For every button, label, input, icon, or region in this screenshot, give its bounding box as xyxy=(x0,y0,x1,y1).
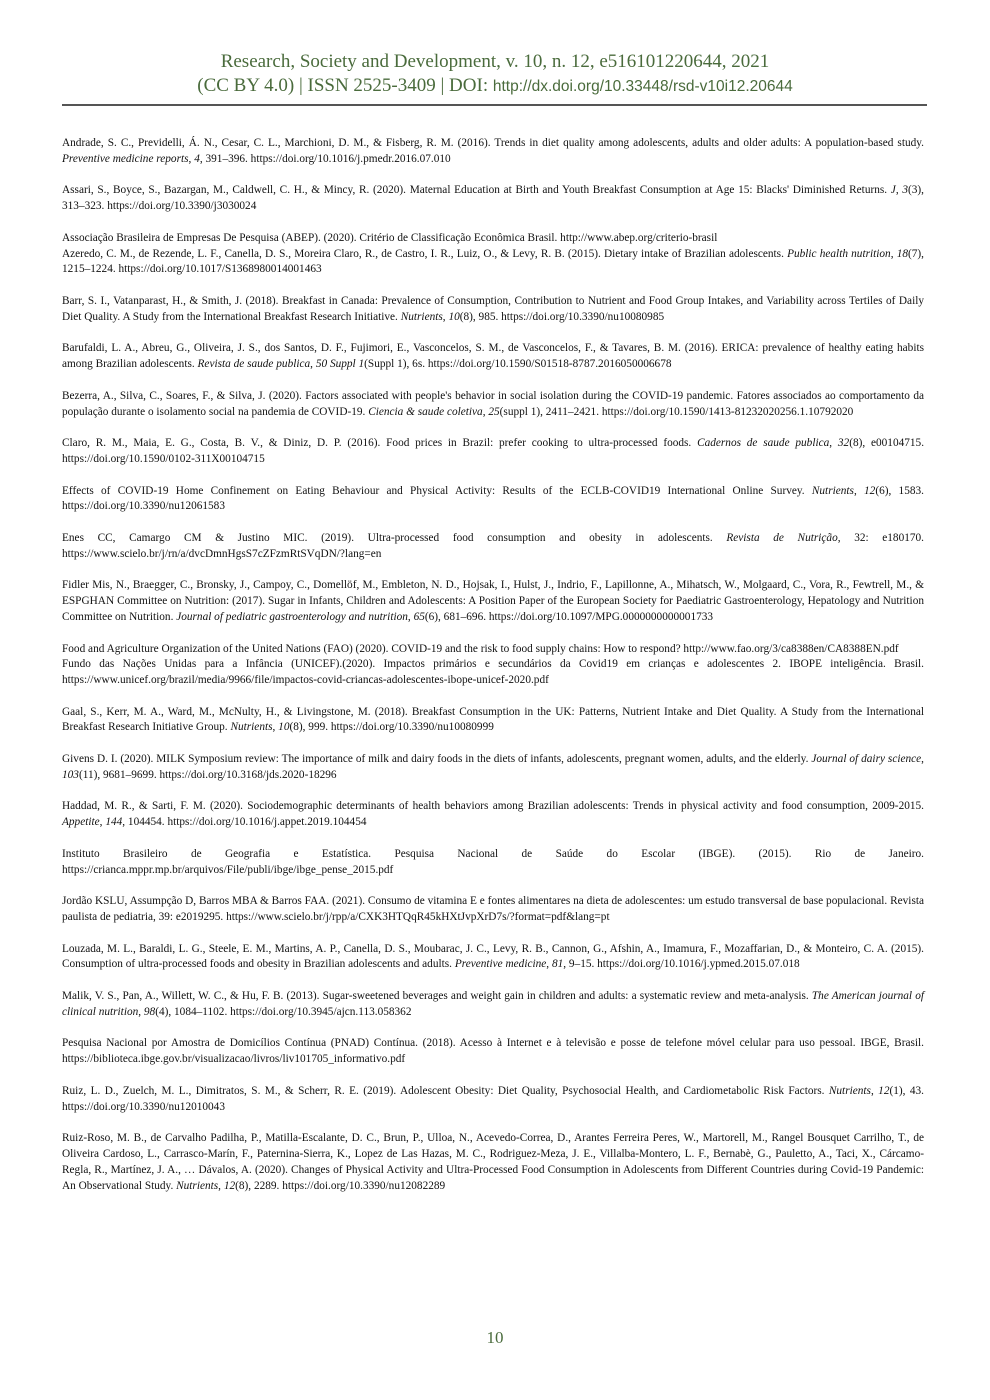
reference-item: Fundo das Nações Unidas para a Infância … xyxy=(62,657,924,689)
reference-item: Barr, S. I., Vatanparast, H., & Smith, J… xyxy=(62,294,924,326)
doi-link[interactable]: http://dx.doi.org/10.33448/rsd-v10i12.20… xyxy=(493,78,793,95)
reference-item: Andrade, S. C., Previdelli, Á. N., Cesar… xyxy=(62,136,924,168)
reference-item: Instituto Brasileiro de Geografia e Esta… xyxy=(62,847,924,879)
license-issn-text: (CC BY 4.0) | ISSN 2525-3409 | DOI: xyxy=(197,75,493,96)
reference-item: Enes CC, Camargo CM & Justino MIC. (2019… xyxy=(62,531,924,563)
journal-citation-line: Research, Society and Development, v. 10… xyxy=(0,50,990,74)
header-divider xyxy=(62,104,927,106)
reference-list: Andrade, S. C., Previdelli, Á. N., Cesar… xyxy=(62,136,924,1210)
reference-item: Malik, V. S., Pan, A., Willett, W. C., &… xyxy=(62,989,924,1021)
reference-item: Givens D. I. (2020). MILK Symposium revi… xyxy=(62,752,924,784)
reference-item: Ruiz-Roso, M. B., de Carvalho Padilha, P… xyxy=(62,1131,924,1194)
reference-item: Claro, R. M., Maia, E. G., Costa, B. V.,… xyxy=(62,436,924,468)
journal-header: Research, Society and Development, v. 10… xyxy=(0,50,990,99)
reference-item: Effects of COVID-19 Home Confinement on … xyxy=(62,484,924,516)
reference-item: Gaal, S., Kerr, M. A., Ward, M., McNulty… xyxy=(62,705,924,737)
journal-license-line: (CC BY 4.0) | ISSN 2525-3409 | DOI: http… xyxy=(0,74,990,99)
reference-item: Fidler Mis, N., Braegger, C., Bronsky, J… xyxy=(62,578,924,625)
reference-item: Associação Brasileira de Empresas De Pes… xyxy=(62,231,924,247)
reference-item: Ruiz, L. D., Zuelch, M. L., Dimitratos, … xyxy=(62,1084,924,1116)
reference-item: Pesquisa Nacional por Amostra de Domicíl… xyxy=(62,1036,924,1068)
reference-item: Barufaldi, L. A., Abreu, G., Oliveira, J… xyxy=(62,341,924,373)
reference-item: Jordão KSLU, Assumpção D, Barros MBA & B… xyxy=(62,894,924,926)
reference-item: Assari, S., Boyce, S., Bazargan, M., Cal… xyxy=(62,183,924,215)
reference-item: Azeredo, C. M., de Rezende, L. F., Canel… xyxy=(62,247,924,279)
reference-item: Food and Agriculture Organization of the… xyxy=(62,642,924,658)
page-number: 10 xyxy=(0,1328,990,1348)
reference-item: Haddad, M. R., & Sarti, F. M. (2020). So… xyxy=(62,799,924,831)
reference-item: Louzada, M. L., Baraldi, L. G., Steele, … xyxy=(62,942,924,974)
reference-item: Bezerra, A., Silva, C., Soares, F., & Si… xyxy=(62,389,924,421)
